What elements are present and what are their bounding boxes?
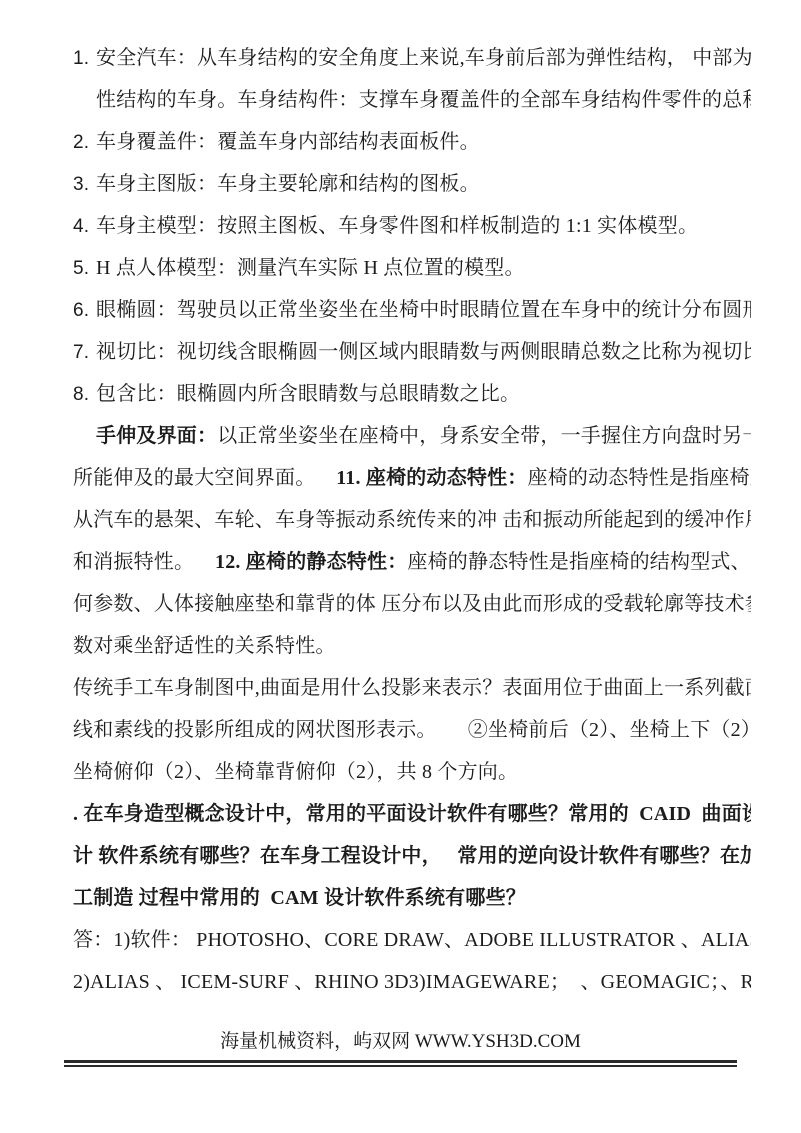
list-number: 3.: [73, 164, 96, 205]
text-run: 和消振特性。: [73, 551, 215, 573]
text-run: 工制造 过程中常用的 CAM 设计软件系统有哪些？: [73, 887, 526, 909]
question-software-line-2: 计 软件系统有哪些？在车身工程设计中， 常用的逆向设计软件有哪些？在加: [73, 835, 751, 877]
list-item-7: 7.视切比：视切线含眼椭圆一侧区域内眼睛数与两侧眼睛总数之比称为视切比。: [73, 331, 751, 373]
footer-watermark: 海量机械资料，屿双网 WWW.YSH3D.COM: [0, 1029, 801, 1055]
list-item-2: 2.车身覆盖件：覆盖车身内部结构表面板件。: [73, 121, 751, 163]
list-item-5: 5.H 点人体模型：测量汽车实际 H 点位置的模型。: [73, 247, 751, 289]
text-run: . 在车身造型概念设计中，常用的平面设计软件有哪些？常用的 CAID 曲面设: [73, 803, 751, 825]
paragraph-projection-line-3: 坐椅俯仰（2）、坐椅靠背俯仰（2），共 8 个方向。: [73, 751, 751, 793]
list-number: 7.: [73, 332, 96, 373]
text-run: 车身主模型：按照主图板、车身零件图和样板制造的 1:1 实体模型。: [96, 215, 698, 237]
text-run: 座椅的动态特性是指座椅对: [528, 467, 752, 489]
paragraph-hand-reach-line-2: 所能伸及的最大空间界面。 11. 座椅的动态特性：座椅的动态特性是指座椅对: [73, 457, 751, 499]
text-run: 车身覆盖件：覆盖车身内部结构表面板件。: [96, 131, 480, 153]
text-run: 安全汽车：从车身结构的安全角度上来说,车身前后部为弹性结构， 中部为刚: [96, 47, 751, 69]
question-software-line-1: . 在车身造型概念设计中，常用的平面设计软件有哪些？常用的 CAID 曲面设: [73, 793, 751, 835]
list-number: 6.: [73, 290, 96, 331]
list-number: 4.: [73, 206, 96, 247]
paragraph-projection-line-2: 线和素线的投影所组成的网状图形表示。 ②坐椅前后（2）、坐椅上下（2）、: [73, 709, 751, 751]
text-run: 计 软件系统有哪些？在车身工程设计中， 常用的逆向设计软件有哪些？在加: [73, 845, 751, 867]
list-item-1-line-2: 性结构的车身。车身结构件：支撑车身覆盖件的全部车身结构件零件的总称。: [73, 79, 751, 121]
term-heading: 11. 座椅的动态特性：: [336, 467, 527, 489]
paragraph-hand-reach-line-1: 手伸及界面：以正常坐姿坐在座椅中，身系安全带，一手握住方向盘时另一手: [73, 415, 751, 457]
text-run: 传统手工车身制图中,曲面是用什么投影来表示？表面用位于曲面上一系列截面: [73, 677, 751, 699]
answer-line-2: 2)ALIAS 、 ICEM-SURF 、RHINO 3D3)IMAGEWARE…: [73, 961, 751, 1003]
text-run: 车身主图版：车身主要轮廓和结构的图板。: [96, 173, 480, 195]
list-item-6: 6.眼椭圆：驾驶员以正常坐姿坐在坐椅中时眼睛位置在车身中的统计分布圆形。: [73, 289, 751, 331]
question-software-line-3: 工制造 过程中常用的 CAM 设计软件系统有哪些？: [73, 877, 751, 919]
text-run: 从汽车的悬架、车轮、车身等振动系统传来的冲 击和振动所能起到的缓冲作用: [73, 509, 751, 531]
list-number: 5.: [73, 248, 96, 289]
text-run: 所能伸及的最大空间界面。: [73, 467, 336, 489]
answer-line-1: 答：1)软件： PHOTOSHO、CORE DRAW、ADOBE ILLUSTR…: [73, 919, 751, 961]
paragraph-seat-static-line-1: 和消振特性。 12. 座椅的静态特性：座椅的静态特性是指座椅的结构型式、几: [73, 541, 751, 583]
footer-double-rule: [64, 1060, 737, 1067]
text-run: 视切比：视切线含眼椭圆一侧区域内眼睛数与两侧眼睛总数之比称为视切比。: [96, 341, 751, 363]
text-run: 答：1)软件： PHOTOSHO、CORE DRAW、ADOBE ILLUSTR…: [73, 929, 751, 951]
text-run: 以正常坐姿坐在座椅中，身系安全带，一手握住方向盘时另一手: [217, 425, 751, 447]
paragraph-projection-line-1: 传统手工车身制图中,曲面是用什么投影来表示？表面用位于曲面上一系列截面: [73, 667, 751, 709]
paragraph-seat-static-line-2: 何参数、人体接触座垫和靠背的体 压分布以及由此而形成的受载轮廓等技术参: [73, 583, 751, 625]
list-item-1-line-1: 1.安全汽车：从车身结构的安全角度上来说,车身前后部为弹性结构， 中部为刚: [73, 37, 751, 79]
text-run: 眼椭圆：驾驶员以正常坐姿坐在坐椅中时眼睛位置在车身中的统计分布圆形。: [96, 299, 751, 321]
text-run: 包含比：眼椭圆内所含眼睛数与总眼睛数之比。: [96, 383, 520, 405]
text-run: 何参数、人体接触座垫和靠背的体 压分布以及由此而形成的受载轮廓等技术参: [73, 593, 751, 615]
list-number: 8.: [73, 374, 96, 415]
document-page: 1.安全汽车：从车身结构的安全角度上来说,车身前后部为弹性结构， 中部为刚 性结…: [0, 0, 801, 1133]
text-run: 2)ALIAS 、 ICEM-SURF 、RHINO 3D3)IMAGEWARE…: [73, 971, 751, 993]
paragraph-seat-dynamic-line: 从汽车的悬架、车轮、车身等振动系统传来的冲 击和振动所能起到的缓冲作用: [73, 499, 751, 541]
list-number: 1.: [73, 38, 96, 79]
list-number: 2.: [73, 122, 96, 163]
list-item-4: 4.车身主模型：按照主图板、车身零件图和样板制造的 1:1 实体模型。: [73, 205, 751, 247]
text-run: 座椅的静态特性是指座椅的结构型式、几: [407, 551, 751, 573]
text-run: H 点人体模型：测量汽车实际 H 点位置的模型。: [96, 257, 525, 279]
text-run: 数对乘坐舒适性的关系特性。: [73, 635, 336, 657]
term-heading: 12. 座椅的静态特性：: [215, 551, 407, 573]
paragraph-seat-static-line-3: 数对乘坐舒适性的关系特性。: [73, 625, 751, 667]
list-item-8: 8.包含比：眼椭圆内所含眼睛数与总眼睛数之比。: [73, 373, 751, 415]
term-heading: 手伸及界面：: [96, 425, 217, 447]
list-item-3: 3.车身主图版：车身主要轮廓和结构的图板。: [73, 163, 751, 205]
text-run: 线和素线的投影所组成的网状图形表示。 ②坐椅前后（2）、坐椅上下（2）、: [73, 719, 751, 741]
document-body: 1.安全汽车：从车身结构的安全角度上来说,车身前后部为弹性结构， 中部为刚 性结…: [0, 0, 801, 1003]
text-run: 性结构的车身。车身结构件：支撑车身覆盖件的全部车身结构件零件的总称。: [96, 89, 751, 111]
text-run: 坐椅俯仰（2）、坐椅靠背俯仰（2），共 8 个方向。: [73, 761, 518, 783]
